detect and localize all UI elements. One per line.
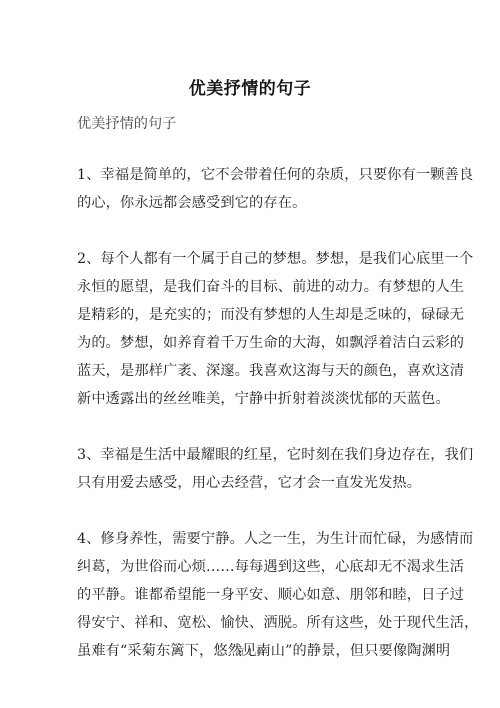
document-page: 优美抒情的句子 优美抒情的句子 1、幸福是简单的，它不会带着任何的杂质，只要你有… [0,0,500,708]
text-line: 新中透露出的丝丝唯美，宁静中折射着淡淡忧郁的天蓝色。 [77,385,429,413]
text-line: 2、每个人都有一个属于自己的梦想。梦想，是我们心底里一个 [77,245,429,273]
text-line: 是精彩的，是充实的；而没有梦想的人生却是乏味的，碌碌无 [77,301,429,329]
paragraph-1: 1、幸福是简单的，它不会带着任何的杂质，只要你有一颗善良 的心，你永远都会感受到… [77,161,429,217]
text-line: 蓝天，是那样广袤、深邃。我喜欢这海与天的颜色，喜欢这清 [77,357,429,385]
text-line: 4、修身养性，需要宁静。人之一生，为生计而忙碌，为感情而 [77,525,429,553]
text-line: 纠葛，为世俗而心烦……每每遇到这些，心底却无不渴求生活 [77,553,429,581]
document-title: 优美抒情的句子 [0,74,500,99]
text-line: 得安宁、祥和、宽松、愉快、洒脱。所有这些，处于现代生活， [77,609,429,637]
text-line: 永恒的愿望，是我们奋斗的目标、前进的动力。有梦想的人生 [77,273,429,301]
text-line: 1、幸福是简单的，它不会带着任何的杂质，只要你有一颗善良 [77,161,429,189]
text-line: 只有用爱去感受，用心去经营，它才会一直发光发热。 [77,469,429,497]
paragraph-4: 4、修身养性，需要宁静。人之一生，为生计而忙碌，为感情而 纠葛，为世俗而心烦……… [77,525,429,665]
text-line: 的平静。谁都希望能一身平安、顺心如意、朋邻和睦，日子过 [77,581,429,609]
page-number: 第 1 页 [0,645,500,658]
text-line: 3、幸福是生活中最耀眼的红星，它时刻在我们身边存在，我们 [77,441,429,469]
document-subtitle: 优美抒情的句子 [77,113,176,133]
text-line: 的心，你永远都会感受到它的存在。 [77,189,429,217]
document-body: 1、幸福是简单的，它不会带着任何的杂质，只要你有一颗善良 的心，你永远都会感受到… [77,161,429,693]
paragraph-3: 3、幸福是生活中最耀眼的红星，它时刻在我们身边存在，我们 只有用爱去感受，用心去… [77,441,429,497]
text-line: 为的。梦想，如养育着千万生命的大海，如飘浮着洁白云彩的 [77,329,429,357]
paragraph-2: 2、每个人都有一个属于自己的梦想。梦想，是我们心底里一个 永恒的愿望，是我们奋斗… [77,245,429,413]
